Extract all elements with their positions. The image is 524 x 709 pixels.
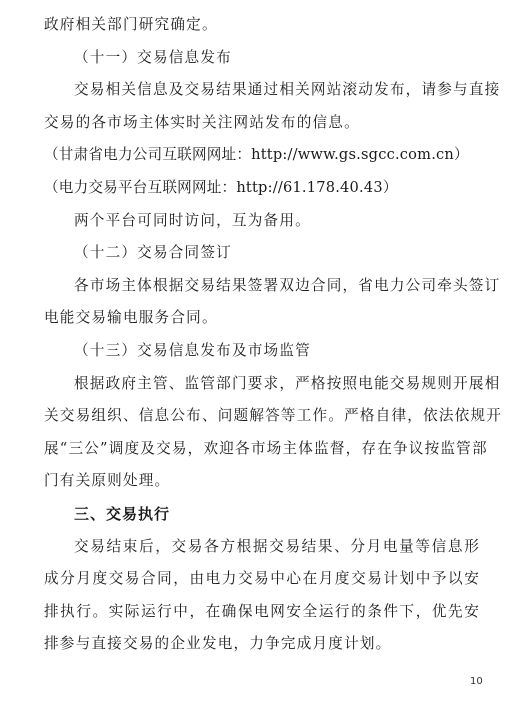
paragraph-line: 两个平台可同时访问，互为备用。 <box>44 205 480 238</box>
paragraph-line: 政府相关部门研究确定。 <box>44 9 480 42</box>
section-heading-12: （十二）交易合同签订 <box>44 237 480 270</box>
paragraph-line: 展“三公”调度及交易，欢迎各市场主体监督，存在争议按监管部 <box>44 433 480 466</box>
paragraph-line: 成分月度交易合同，由电力交易中心在月度交易计划中予以安 <box>44 563 480 596</box>
page-number: 10 <box>470 676 483 687</box>
paragraph-line: 排执行。实际运行中，在确保电网安全运行的条件下，优先安 <box>44 596 480 629</box>
paragraph-line: 各市场主体根据交易结果签署双边合同，省电力公司牵头签订 <box>44 270 480 303</box>
paragraph-line: 交易结束后，交易各方根据交易结果、分月电量等信息形 <box>44 531 480 564</box>
paragraph-line: 交易相关信息及交易结果通过相关网站滚动发布，请参与直接 <box>44 74 480 107</box>
paragraph-line: 排参与直接交易的企业发电，力争完成月度计划。 <box>44 628 480 661</box>
url-line-trading-platform: （电力交易平台互联网网址：http://61.178.40.43） <box>44 172 480 205</box>
paragraph-line: 根据政府主管、监管部门要求，严格按照电能交易规则开展相 <box>44 368 480 401</box>
paragraph-line: 关交易组织、信息公布、问题解答等工作。严格自律，依法依规开 <box>44 400 480 433</box>
paragraph-line: 门有关原则处理。 <box>44 465 480 498</box>
section-heading-3: 三、交易执行 <box>44 498 480 531</box>
document-page: 政府相关部门研究确定。 （十一）交易信息发布 交易相关信息及交易结果通过相关网站… <box>44 9 480 661</box>
section-heading-11: （十一）交易信息发布 <box>44 42 480 75</box>
url-line-gs-sgcc: （甘肃省电力公司互联网网址：http://www.gs.sgcc.com.cn） <box>44 139 480 172</box>
paragraph-line: 电能交易输电服务合同。 <box>44 302 480 335</box>
paragraph-line: 交易的各市场主体实时关注网站发布的信息。 <box>44 107 480 140</box>
section-heading-13: （十三）交易信息发布及市场监管 <box>44 335 480 368</box>
